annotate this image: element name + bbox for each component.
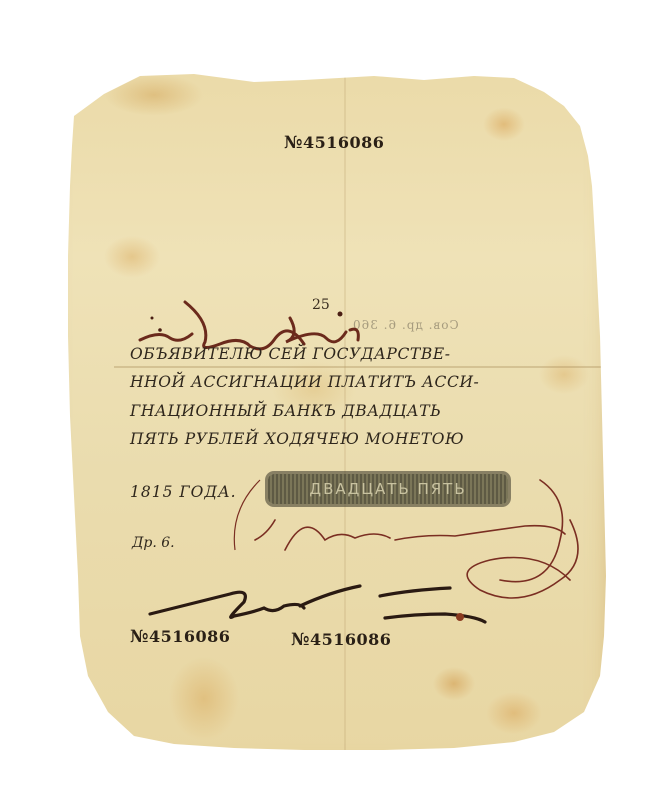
text-line-3: ГНАЦИОННЫЙ БАНКЪ ДВАДЦАТЬ <box>130 402 520 420</box>
numero-sign: № <box>130 627 149 647</box>
serial-value: 4516086 <box>149 627 230 646</box>
serial-number-bottom-left: №4516086 <box>130 627 230 647</box>
issue-year: 1815 ГОДА. <box>130 483 237 501</box>
bottom-signature <box>150 586 485 622</box>
series-label: Др. 6. <box>132 535 175 551</box>
serial-value: 4516086 <box>310 630 391 649</box>
upper-signature-scribble <box>140 302 358 349</box>
text-line-4: ПЯТЬ РУБЛЕЙ ХОДЯЧЕЮ МОНЕТОЮ <box>130 430 520 448</box>
text-line-2: ННОЙ АССИГНАЦИИ ПЛАТИТЪ АССИ- <box>130 373 520 391</box>
ink-handwriting-layer <box>0 0 656 800</box>
numero-sign: № <box>291 630 310 650</box>
serial-number-bottom-right: №4516086 <box>291 630 391 650</box>
amount-stamp-text: ДВАДЦАТЬ ПЯТЬ <box>309 480 466 498</box>
text-line-1: ОБЪЯВИТЕЛЮ СЕЙ ГОСУДАРСТВЕ- <box>130 345 520 363</box>
amount-stamp: ДВАДЦАТЬ ПЯТЬ <box>268 474 508 504</box>
